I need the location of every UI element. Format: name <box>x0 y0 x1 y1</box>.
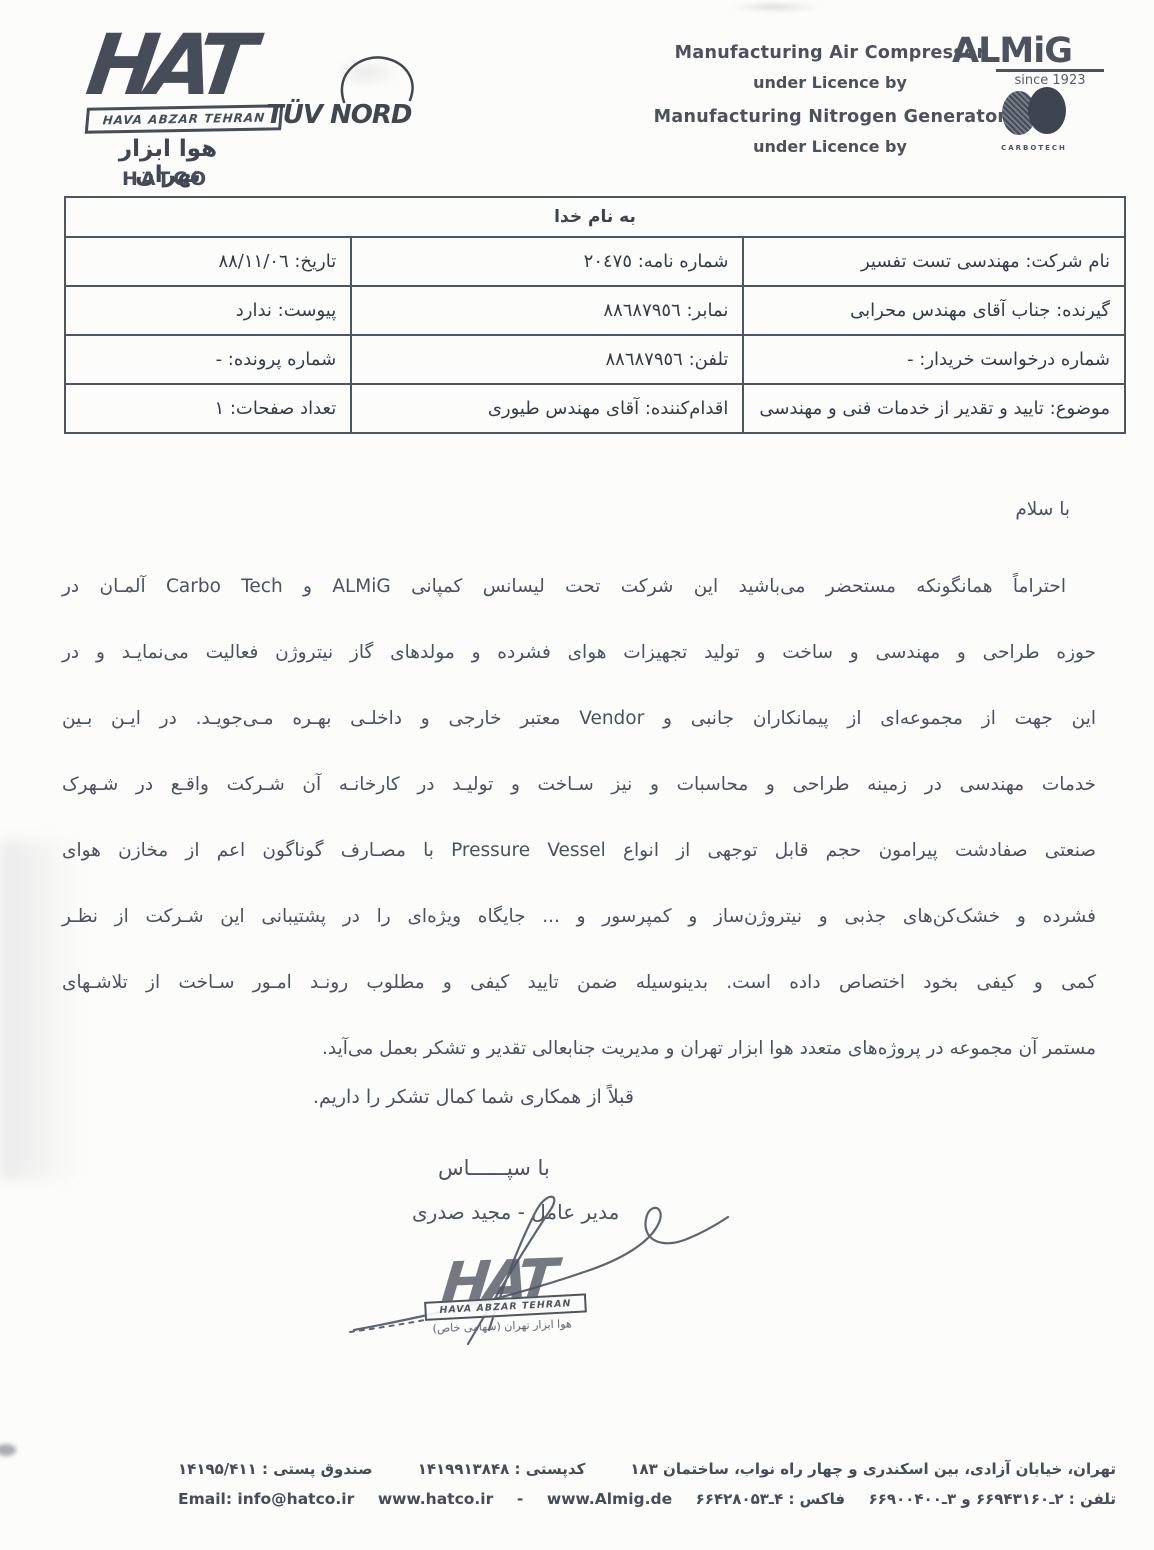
carbotech-label: CARBOTECH <box>988 144 1080 152</box>
footer-almig-url: www.Almig.de <box>547 1490 672 1508</box>
company-name-cell: نام شرکت: مهندسی تست تفسیر <box>743 237 1125 286</box>
letter-info-table: به نام خدا نام شرکت: مهندسی تست تفسیر شم… <box>64 196 1126 434</box>
bismillah-title: به نام خدا <box>65 197 1125 237</box>
hat-logo: HAT HAVA ABZAR TEHRAN <box>88 26 298 106</box>
company-name-hatco: HATCO <box>122 168 209 190</box>
hat-logo-text: HAT <box>82 26 303 106</box>
company-stamp: HAT HAVA ABZAR TEHRAN هوا ابزار تهران (س… <box>417 1250 630 1335</box>
table-row: شماره درخواست خریدار: - تلفن: ٨٨٦٨٧٩٥٦ ش… <box>65 335 1125 384</box>
phone-cell: تلفن: ٨٨٦٨٧٩٥٦ <box>351 335 743 384</box>
footer-email: Email: info@hatco.ir <box>178 1490 354 1508</box>
fax-cell: نمابر: ٨٨٦٨٧٩٥٦ <box>351 286 743 335</box>
hat-logo-banner: HAVA ABZAR TEHRAN <box>85 104 284 133</box>
recipient-cell: گیرنده: جناب آقای مهندس محرابی <box>743 286 1125 335</box>
footer-po-box: صندوق پستی : ۱۴۱۹۵/۴۱۱ <box>178 1460 373 1478</box>
footer-postal-code: کدپستی : ۱۴۱۹۹۱۳۸۴۸ <box>418 1460 586 1478</box>
almig-wordmark: ALMiG <box>952 34 1108 69</box>
scan-smudge <box>730 2 820 12</box>
body-line-2: حوزه طراحی و مهندسی و ساخت و تولید تجهیز… <box>62 620 1096 686</box>
letter-number-cell: شماره نامه: ٢٠٤٧٥ <box>351 237 743 286</box>
file-number-cell: شماره پرونده: - <box>65 335 351 384</box>
footer-line-1: تهران، خیابان آزادی، بین اسکندری و چهار … <box>178 1460 1116 1478</box>
scan-edge-mark <box>0 1444 16 1456</box>
tuv-arc-icon <box>334 50 422 108</box>
licence-line-4: under Licence by <box>648 132 1012 162</box>
footer-line-2: تلفن : ۲ـ۶۶۹۴۳۱۶۰ و ۳ـ۶۶۹۰۰۴۰۰ فاکس : ۴ـ… <box>178 1490 1116 1508</box>
footer-hatco-url: www.hatco.ir <box>378 1490 493 1508</box>
footer-address: تهران، خیابان آزادی، بین اسکندری و چهار … <box>630 1460 1116 1478</box>
request-number-cell: شماره درخواست خریدار: - <box>743 335 1125 384</box>
body-line-7: کمی و کیفی بخود اختصاص داده است. بدینوسی… <box>62 950 1096 1016</box>
licence-line-3: Manufacturing Nitrogen Generator <box>648 102 1012 132</box>
body-line-4: خدمات مهندسی در زمینه طراحی و محاسبات و … <box>62 752 1096 818</box>
body-line-6: فشرده و خشک‌کن‌های جذبی و نیتروژن‌ساز و … <box>62 884 1096 950</box>
body-line-5: صنعتی صفادشت پیرامون حجم قابل توجهی از ا… <box>62 818 1096 884</box>
table-row: نام شرکت: مهندسی تست تفسیر شماره نامه: ٢… <box>65 237 1125 286</box>
scanned-letter-page: HAT HAVA ABZAR TEHRAN TÜV NORD هوا ابزار… <box>0 0 1154 1550</box>
attachment-cell: پیوست: ندارد <box>65 286 351 335</box>
body-line-1: احتراماً همانگونکه مستحضر می‌باشید این ش… <box>62 554 1096 620</box>
closing-line: قبلاً از همکاری شما کمال تشکر را داریم. <box>313 1086 634 1108</box>
salutation: با سلام <box>62 492 1096 554</box>
body-line-8: مستمر آن مجموعه در پروژه‌های متعدد هوا ا… <box>62 1016 1096 1082</box>
almig-logo: ALMiG since 1923 <box>952 34 1108 88</box>
thanks-line: با سپــــــاس <box>438 1156 550 1180</box>
subject-cell: موضوع: تایید و تقدیر از خدمات فنی و مهند… <box>743 384 1125 433</box>
table-row: گیرنده: جناب آقای مهندس محرابی نمابر: ٨٨… <box>65 286 1125 335</box>
footer-phones: تلفن : ۲ـ۶۶۹۴۳۱۶۰ و ۳ـ۶۶۹۰۰۴۰۰ <box>869 1490 1116 1508</box>
footer-fax: فاکس : ۴ـ۶۶۴۲۸۰۵۳ <box>696 1490 845 1508</box>
carbotech-icon <box>1000 86 1068 140</box>
table-row: موضوع: تایید و تقدیر از خدمات فنی و مهند… <box>65 384 1125 433</box>
body-line-3: این جهت از مجموعه‌ای از پیمانکاران جانبی… <box>62 686 1096 752</box>
carbotech-logo: CARBOTECH <box>988 86 1080 152</box>
page-count-cell: تعداد صفحات: ١ <box>65 384 351 433</box>
handler-cell: اقدام‌کننده: آقای مهندس طیوری <box>351 384 743 433</box>
footer-url-separator: - <box>517 1490 523 1508</box>
date-cell: تاریخ: ٨٨/١١/٠٦ <box>65 237 351 286</box>
letter-body: با سلام احتراماً همانگونکه مستحضر می‌باش… <box>62 492 1096 1082</box>
